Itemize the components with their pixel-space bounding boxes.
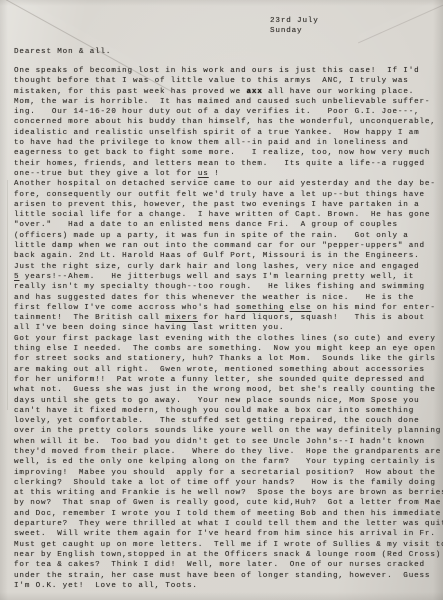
letter-line: idealistic and realistic unselfish spiri… xyxy=(14,128,441,138)
letter-line: concerned more about his buddy than hims… xyxy=(14,117,441,127)
letter-line: for street socks and stationery, huh? Th… xyxy=(14,354,441,364)
letter-line: eagerness to get back to fight some more… xyxy=(14,148,441,158)
letter-line: for her uniform!! Pat wrote a funny lett… xyxy=(14,375,441,385)
letter-line: One speaks of becoming lost in his work … xyxy=(14,66,441,76)
letter-line: sweet. Will write them again for I've he… xyxy=(14,529,441,539)
letter-line: their homes, friends, and letters mean t… xyxy=(14,159,441,169)
greeting: Dearest Mon & all. xyxy=(14,47,111,57)
letter-line: at this writing and Frankie is he well n… xyxy=(14,488,441,498)
letter-line: can't have it fixed modern, though you c… xyxy=(14,406,441,416)
letter-page: 23rd July Sunday Dearest Mon & all. One … xyxy=(0,0,443,600)
letter-line: they'd moved from their place. Where do … xyxy=(14,447,441,457)
letter-line: days until she gets to go away. Your new… xyxy=(14,396,441,406)
letter-line: little social life for a change. I have … xyxy=(14,210,441,220)
letter-line: thought before that I was of little valu… xyxy=(14,76,441,86)
letter-line: Just the right size, curly dark hair and… xyxy=(14,262,441,272)
letter-line: and Doc, remember I wrote you I told the… xyxy=(14,509,441,519)
date-text: 23rd July xyxy=(270,16,319,26)
letter-line: over in the pretty colors sounds like yo… xyxy=(14,426,441,436)
paper-crease-left xyxy=(7,180,8,410)
letter-line: first fellow I've come accross who's had… xyxy=(14,303,441,313)
letter-line: by now? That snap of Gwen is really good… xyxy=(14,498,441,508)
letter-line: mistaken, for this past week has proved … xyxy=(14,87,441,97)
letter-line: ing. Our 14-16-20 hour duty out of a day… xyxy=(14,107,441,117)
letter-line: when will it be. Too bad you didn't get … xyxy=(14,437,441,447)
letter-line: thing else I needed. The combs are somet… xyxy=(14,344,441,354)
letter-line: all I've been doing since having last wr… xyxy=(14,323,441,333)
letter-line: departure? They were thrilled at what I … xyxy=(14,519,441,529)
letter-line: Mom, the war is horrible. It has maimed … xyxy=(14,97,441,107)
letter-line: under the strain, her case must have bee… xyxy=(14,571,441,581)
letter-line: what not. Guess she was just in the wron… xyxy=(14,385,441,395)
letter-line: are making out all right. Gwen wrote, me… xyxy=(14,365,441,375)
letter-line: "over." Had a date to an enlisted mens d… xyxy=(14,220,441,230)
letter-line: Got your first package last evening with… xyxy=(14,334,441,344)
letter-line: Must get caught up on more letters. Tell… xyxy=(14,540,441,550)
letter-line: and has suggested dates for this wheneve… xyxy=(14,293,441,303)
letter-line: improving! Mabee you should apply for a … xyxy=(14,468,441,478)
letter-line: little damp when we ran out into the com… xyxy=(14,241,441,251)
date-block: 23rd July Sunday xyxy=(270,16,319,37)
letter-line: clerking? Should take a lot of time off … xyxy=(14,478,441,488)
letter-line: one--true but they give a lot for us ! xyxy=(14,169,441,179)
letter-line: fore, consequently our outfit felt we'd … xyxy=(14,190,441,200)
letter-line: 5 years!--Ahem. He jitterbugs well and s… xyxy=(14,272,441,282)
letter-line: Another hospital on detached service cam… xyxy=(14,179,441,189)
paper-crease-top-right xyxy=(358,0,443,43)
letter-body: One speaks of becoming lost in his work … xyxy=(14,66,441,591)
letter-line: I'm O.K. yet! Love to all, Toots. xyxy=(14,581,441,591)
letter-line: for tea & cakes? Think I did! Well, more… xyxy=(14,560,441,570)
letter-line: (officers) made up a party, it was fun i… xyxy=(14,231,441,241)
letter-line: back again. 2nd Lt. Harold Haas of Gulf … xyxy=(14,251,441,261)
letter-line: well, is ed the only one kelping along o… xyxy=(14,457,441,467)
letter-line: really isn't my specialty though--too ro… xyxy=(14,282,441,292)
letter-line: near by English town,stopped in at the O… xyxy=(14,550,441,560)
letter-line: tainment! The British call mixers for ha… xyxy=(14,313,441,323)
letter-line: to have had the privilege to know them a… xyxy=(14,138,441,148)
day-text: Sunday xyxy=(270,26,319,36)
letter-line: arisen to prevent this, however, the pas… xyxy=(14,200,441,210)
letter-line: lovely, yet comfortable. The stuffed set… xyxy=(14,416,441,426)
